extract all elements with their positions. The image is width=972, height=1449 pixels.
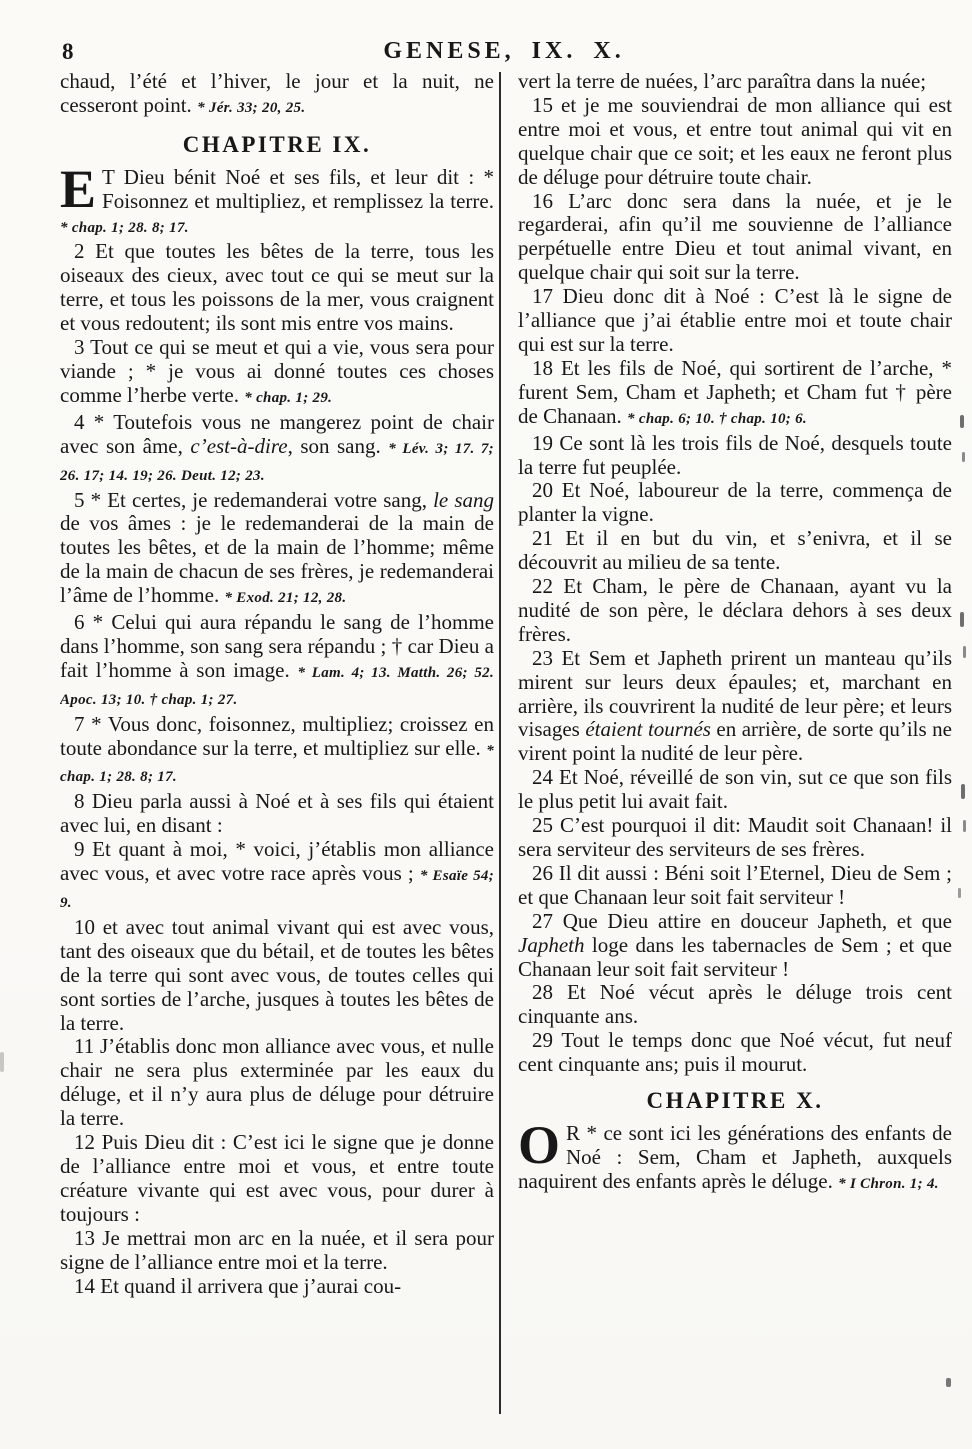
verse-text: 2 Et que toutes les bêtes de la terre, t… — [60, 239, 494, 335]
verse-text: 21 Et il en but du vin, et s’enivra, et … — [518, 526, 952, 574]
verse-paragraph: 24 Et Noé, réveillé de son vin, sut ce q… — [518, 766, 952, 814]
running-title: GENESE, IX. X. — [60, 38, 948, 65]
verse-paragraph: 3 Tout ce qui se meut et qui a vie, vous… — [60, 336, 494, 411]
verse-paragraph: 11 J’établis donc mon alliance avec vous… — [60, 1035, 494, 1131]
italic-text: Japheth — [518, 933, 584, 957]
scan-artifact — [958, 888, 961, 898]
left-column: chaud, l’été et l’hiver, le jour et la n… — [60, 70, 494, 1415]
verse-paragraph: 16 L’arc donc sera dans la nuée, et je l… — [518, 190, 952, 286]
verse-paragraph: 8 Dieu parla aussi à Noé et à ses fils q… — [60, 790, 494, 838]
verse-paragraph: 26 Il dit aussi : Béni soit l’Eternel, D… — [518, 862, 952, 910]
verse-paragraph: 29 Tout le temps donc que Noé vécut, fut… — [518, 1029, 952, 1077]
running-head: 8 GENESE, IX. X. — [60, 38, 948, 68]
verse-text: vert la terre de nuées, l’arc paraîtra d… — [518, 70, 926, 93]
verse-text: 15 et je me souviendrai de mon alliance … — [518, 93, 952, 189]
verse-text: , son sang. — [288, 434, 389, 458]
verse-text: 26 Il dit aussi : Béni soit l’Eternel, D… — [518, 861, 952, 909]
cross-reference: * chap. 6; 10. † chap. 10; 6. — [627, 411, 807, 427]
scan-artifact — [960, 415, 964, 428]
verse-text: 22 Et Cham, le père de Chanaan, ayant vu… — [518, 574, 952, 646]
verse-paragraph: 2 Et que toutes les bêtes de la terre, t… — [60, 240, 494, 336]
scan-artifact — [0, 1052, 4, 1072]
italic-text: c’est-à-dire — [190, 434, 287, 458]
verse-paragraph: 7 * Vous donc, foisonnez, multipliez; cr… — [60, 713, 494, 791]
cross-reference: * chap. 1; 28. 8; 17. — [60, 220, 189, 236]
text-block: chaud, l’été et l’hiver, le jour et la n… — [60, 70, 952, 1415]
scan-artifact — [946, 1378, 951, 1387]
verse-paragraph: 18 Et les fils de Noé, qui sortirent de … — [518, 357, 952, 432]
cross-reference: * Jér. 33; 20, 25. — [197, 100, 305, 116]
verse-paragraph: 23 Et Sem et Japheth prirent un manteau … — [518, 647, 952, 767]
dropcap-paragraph: OR * ce sont ici les générations des enf… — [518, 1122, 952, 1197]
right-column: vert la terre de nuées, l’arc paraîtra d… — [518, 70, 952, 1415]
verse-paragraph: 27 Que Dieu attire en douceur Japheth, e… — [518, 910, 952, 982]
verse-text: 14 Et quand il arrivera que j’aurai cou- — [74, 1274, 401, 1298]
verse-text: 27 Que Dieu attire en douceur Japheth, e… — [532, 909, 952, 933]
verse-paragraph: 22 Et Cham, le père de Chanaan, ayant vu… — [518, 575, 952, 647]
verse-paragraph: 12 Puis Dieu dit : C’est ici le signe qu… — [60, 1131, 494, 1227]
verse-paragraph: 9 Et quant à moi, * voici, j’établis mon… — [60, 838, 494, 916]
verse-text: 16 L’arc donc sera dans la nuée, et je l… — [518, 189, 952, 285]
verse-text: 13 Je mettrai mon arc en la nuée, et il … — [60, 1226, 494, 1274]
verse-paragraph: 13 Je mettrai mon arc en la nuée, et il … — [60, 1227, 494, 1275]
book-page: 8 GENESE, IX. X. chaud, l’été et l’hiver… — [0, 0, 972, 1449]
chapter-heading: CHAPITRE X. — [518, 1089, 952, 1113]
dropcap-paragraph: ET Dieu bénit Noé et ses fils, et leur d… — [60, 166, 494, 241]
verse-paragraph: 28 Et Noé vécut après le déluge trois ce… — [518, 981, 952, 1029]
cross-reference: * I Chron. 1; 4. — [838, 1176, 939, 1192]
page-number: 8 — [62, 39, 74, 65]
verse-paragraph: 25 C’est pourquoi il dit: Maudit soit Ch… — [518, 814, 952, 862]
scan-artifact — [961, 784, 965, 799]
verse-text: 11 J’établis donc mon alliance avec vous… — [60, 1034, 494, 1130]
verse-text: 20 Et Noé, laboureur de la terre, commen… — [518, 478, 952, 526]
verse-text: 17 Dieu donc dit à Noé : C’est là le sig… — [518, 284, 952, 356]
verse-text: 25 C’est pourquoi il dit: Maudit soit Ch… — [518, 813, 952, 861]
scan-artifact — [963, 646, 966, 658]
verse-paragraph: 17 Dieu donc dit à Noé : C’est là le sig… — [518, 285, 952, 357]
drop-cap: E — [60, 168, 96, 210]
verse-paragraph: 6 * Celui qui aura répandu le sang de l’… — [60, 611, 494, 713]
italic-text: étaient tournés — [585, 717, 711, 741]
verse-text: 24 Et Noé, réveillé de son vin, sut ce q… — [518, 765, 952, 813]
cross-reference: * chap. 1; 29. — [244, 390, 332, 406]
verse-text: 10 et avec tout animal vivant qui est av… — [60, 915, 494, 1035]
drop-cap: O — [518, 1124, 560, 1166]
verse-paragraph: 4 * Toutefois vous ne mangerez point de … — [60, 411, 494, 489]
verse-text: 19 Ce sont là les trois fils de Noé, des… — [518, 431, 952, 479]
scan-artifact — [960, 612, 964, 627]
verse-text: loge dans les tabernacles de Sem ; et qu… — [518, 933, 952, 981]
verse-paragraph: 14 Et quand il arrivera que j’aurai cou- — [60, 1275, 494, 1299]
cross-reference: * Exod. 21; 12, 28. — [224, 590, 346, 606]
verse-paragraph: 10 et avec tout animal vivant qui est av… — [60, 916, 494, 1036]
verse-text: 29 Tout le temps donc que Noé vécut, fut… — [518, 1028, 952, 1076]
italic-text: le sang — [433, 488, 494, 512]
verse-paragraph: 15 et je me souviendrai de mon alliance … — [518, 94, 952, 190]
scan-artifact — [963, 820, 966, 832]
continuation-paragraph: chaud, l’été et l’hiver, le jour et la n… — [60, 70, 494, 121]
verse-paragraph: 20 Et Noé, laboureur de la terre, commen… — [518, 479, 952, 527]
verse-paragraph: 19 Ce sont là les trois fils de Noé, des… — [518, 432, 952, 480]
verse-text: T Dieu bénit Noé et ses fils, et leur di… — [102, 165, 494, 213]
verse-text: 8 Dieu parla aussi à Noé et à ses fils q… — [60, 789, 494, 837]
chapter-heading: CHAPITRE IX. — [60, 133, 494, 157]
verse-text: 5 * Et certes, je redemanderai votre san… — [74, 488, 433, 512]
scan-artifact — [962, 452, 965, 462]
verse-text: 28 Et Noé vécut après le déluge trois ce… — [518, 980, 952, 1028]
verse-text: 7 * Vous donc, foisonnez, multipliez; cr… — [60, 712, 494, 760]
continuation-paragraph: vert la terre de nuées, l’arc paraîtra d… — [518, 70, 952, 94]
verse-paragraph: 21 Et il en but du vin, et s’enivra, et … — [518, 527, 952, 575]
verse-paragraph: 5 * Et certes, je redemanderai votre san… — [60, 489, 494, 612]
verse-text: 12 Puis Dieu dit : C’est ici le signe qu… — [60, 1130, 494, 1226]
